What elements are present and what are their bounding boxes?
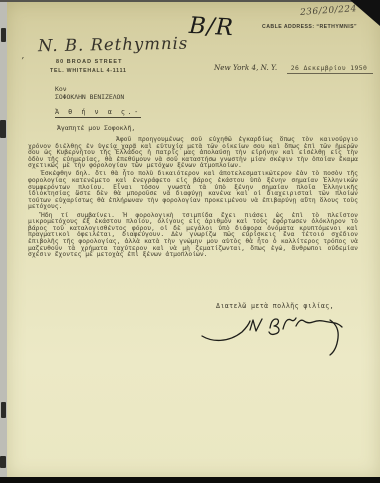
salutation: Ἀγαπητέ μου Σοφοκλῆ,	[57, 124, 135, 132]
recipient-block: Κον ΣΟΦΟΚΛΗΝ ΒΕΝΙΖΕΛΟΝ	[55, 85, 124, 101]
scan-edge-blot	[1, 28, 6, 42]
handwritten-routing-mark: B/R	[188, 13, 234, 41]
typed-date: 26 Δεκεμβρίου 1950	[287, 64, 373, 74]
letter-body: Ἀφοῦ προηγουμένως σοῦ εὐχηθῶ ἐγκαρδίως ὅ…	[28, 137, 358, 260]
letterhead-phone: TEL. WHITEHALL 4-1111	[50, 68, 127, 74]
letterhead-name: N. B. Rethymnis	[38, 34, 189, 56]
body-paragraph: Ἤδη τί συμβαίνει. Ἡ φορολογικὴ τσιμπίδα …	[28, 213, 358, 259]
scan-top-edge	[0, 0, 380, 2]
scan-bottom-edge	[0, 477, 380, 483]
scanned-letter-page: { "scan": { "reference_number": "236/20/…	[0, 0, 380, 483]
scan-edge-blot	[0, 456, 6, 468]
recipient-city: Ἀ θ ή ν α ς.-	[55, 108, 141, 118]
dateline-place: New York 4, N. Y.	[214, 63, 277, 72]
recipient-honorific: Κον	[55, 85, 124, 93]
body-paragraph: Ἐσκέφθην δηλ. ὅτι θὰ ἦτο πολὺ δικαιότερο…	[28, 171, 358, 211]
dateline: New York 4, N. Y. 26 Δεκεμβρίου 1950	[214, 55, 373, 74]
scan-edge-blot	[1, 402, 6, 418]
signature	[198, 306, 348, 358]
letterhead-street: 80 BROAD STREET	[56, 59, 123, 65]
scan-edge-blot	[0, 120, 6, 138]
recipient-name: ΣΟΦΟΚΛΗΝ ΒΕΝΙΖΕΛΟΝ	[55, 93, 124, 101]
stray-pen-mark: ’	[20, 56, 25, 65]
body-paragraph: Ἀφοῦ προηγουμένως σοῦ εὐχηθῶ ἐγκαρδίως ὅ…	[28, 137, 358, 170]
cable-address-line: CABLE ADDRESS: “RETHYMNIS”	[262, 24, 357, 30]
